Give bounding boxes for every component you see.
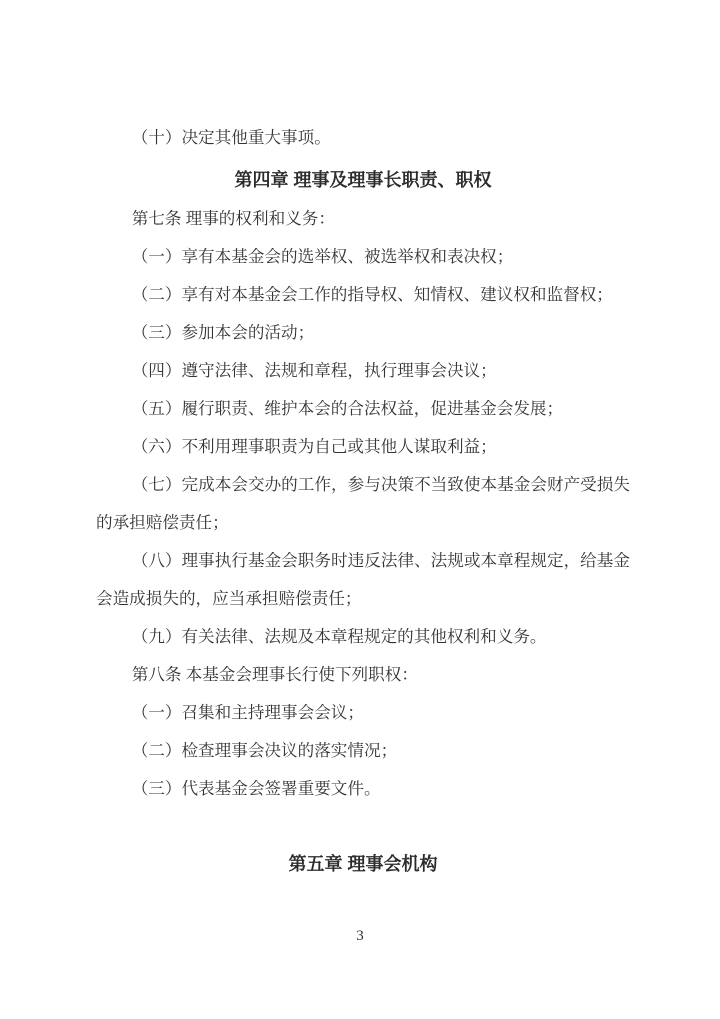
article-7-title: 第七条 理事的权利和义务： <box>96 200 630 238</box>
article-7-item-7-line-2: 的承担赔偿责任； <box>96 504 630 542</box>
document-content: （十）决定其他重大事项。 第四章 理事及理事长职责、职权 第七条 理事的权利和义… <box>96 119 630 884</box>
article-7-item-5: （五）履行职责、维护本会的合法权益，促进基金会发展； <box>96 390 630 428</box>
document-page: （十）决定其他重大事项。 第四章 理事及理事长职责、职权 第七条 理事的权利和义… <box>0 0 720 1019</box>
chapter-heading-4: 第四章 理事及理事长职责、职权 <box>96 161 630 199</box>
article-7-item-8-line-1: （八）理事执行基金会职务时违反法律、法规或本章程规定，给基金 <box>96 542 630 580</box>
article-8-item-2: （二）检查理事会决议的落实情况； <box>96 732 630 770</box>
article-7-item-6: （六）不利用理事职责为自己或其他人谋取利益； <box>96 428 630 466</box>
article-7-item-7-line-1: （七）完成本会交办的工作，参与决策不当致使本基金会财产受损失 <box>96 466 630 504</box>
article-8-title: 第八条 本基金会理事长行使下列职权： <box>96 656 630 694</box>
article-7-item-8-line-2: 会造成损失的，应当承担赔偿责任； <box>96 580 630 618</box>
article-8-item-3: （三）代表基金会签署重要文件。 <box>96 770 630 808</box>
article-7-item-2: （二）享有对本基金会工作的指导权、知情权、建议权和监督权； <box>96 276 630 314</box>
article-8-item-1: （一）召集和主持理事会会议； <box>96 694 630 732</box>
chapter-heading-5: 第五章 理事会机构 <box>96 845 630 883</box>
article-7-item-1: （一）享有本基金会的选举权、被选举权和表决权； <box>96 238 630 276</box>
article-7-item-3: （三）参加本会的活动； <box>96 314 630 352</box>
page-number: 3 <box>0 927 720 945</box>
article-7-item-4: （四）遵守法律、法规和章程，执行理事会决议； <box>96 352 630 390</box>
paragraph-item-10: （十）决定其他重大事项。 <box>96 119 630 157</box>
article-7-item-9: （九）有关法律、法规及本章程规定的其他权利和义务。 <box>96 618 630 656</box>
